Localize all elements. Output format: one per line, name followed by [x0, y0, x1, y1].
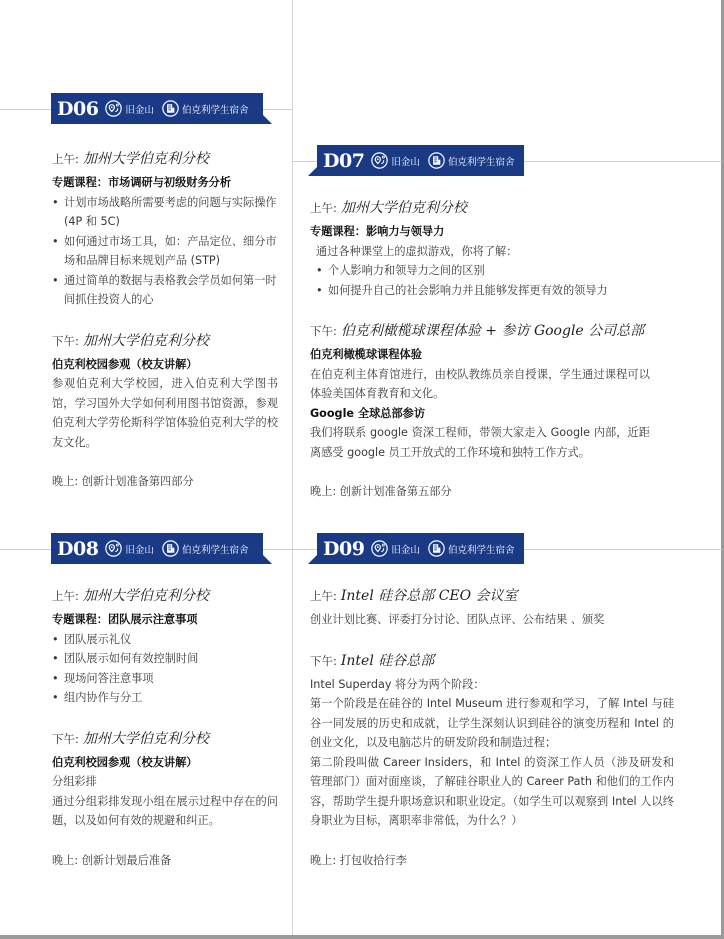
location-label: 旧金山 [125, 102, 154, 116]
afternoon-text: 参观伯克利大学校园，进入伯克利大学图书馆，学习国外大学如何利用图书馆资源，参观伯… [52, 374, 278, 452]
evening-line: 晚上: 创新计划准备第五部分 [310, 482, 650, 502]
lodging-label: 伯克利学生宿舍 [182, 102, 255, 116]
building-icon [428, 152, 445, 169]
morning-title: 上午: Intel 硅谷总部 CEO 会议室 [310, 585, 674, 607]
morning-title: 上午: 加州大学伯克利分校 [310, 197, 650, 219]
column-divider [292, 0, 293, 935]
morning-place: 加州大学伯克利分校 [83, 151, 209, 167]
day-banner-d09: D09 旧金山 伯克利学生宿舍 [317, 533, 524, 564]
afternoon-place: 加州大学伯克利分校 [83, 333, 209, 349]
bullet-item: •计划市场战略所需要考虑的问题与实际操作 (4P 和 5C) [52, 193, 278, 232]
day-d06-content: 上午: 加州大学伯克利分校 专题课程：市场调研与初级财务分析 •计划市场战略所需… [52, 148, 278, 492]
afternoon-text-2: 第二阶段叫做 Career Insiders，和 Intel 的资深工作人员（涉… [310, 753, 674, 831]
bullet-item: •组内协作与分工 [52, 688, 278, 708]
afternoon-place: 伯克利橄榄球课程体验 + 参访 Google 公司总部 [341, 323, 644, 339]
afternoon-title: 下午: 伯克利橄榄球课程体验 + 参访 Google 公司总部 [310, 320, 650, 342]
afternoon-title: 下午: Intel 硅谷总部 [310, 650, 674, 672]
bullet-item: •如何提升自己的社会影响力并且能够发挥更有效的领导力 [310, 281, 650, 301]
morning-place: 加州大学伯克利分校 [83, 588, 209, 604]
afternoon-topic: 伯克利校园参观（校友讲解） [52, 753, 278, 773]
bullet-item: •个人影响力和领导力之间的区别 [310, 261, 650, 281]
morning-intro: 通过各种课堂上的虚拟游戏，你将了解： [310, 242, 650, 262]
afternoon-text-1: 第一个阶段是在硅谷的 Intel Museum 进行参观和学习，了解 Intel… [310, 694, 674, 753]
afternoon-intro: Intel Superday 将分为两个阶段： [310, 675, 674, 695]
page-edge-bottom [0, 935, 724, 939]
afternoon-place: 加州大学伯克利分校 [83, 731, 209, 747]
lodging-label: 伯克利学生宿舍 [448, 154, 521, 168]
bullet-item: •现场问答注意事项 [52, 669, 278, 689]
evening-line: 晚上: 创新计划准备第四部分 [52, 472, 278, 492]
lodging-label: 伯克利学生宿舍 [182, 542, 255, 556]
map-pin-icon [371, 152, 388, 169]
map-pin-icon [105, 100, 122, 117]
building-icon [162, 540, 179, 557]
morning-topic: 专题课程：团队展示注意事项 [52, 610, 278, 630]
day-d07-content: 上午: 加州大学伯克利分校 专题课程：影响力与领导力 通过各种课堂上的虚拟游戏，… [310, 197, 650, 502]
morning-text: 创业计划比赛、评委打分讨论、团队点评、公布结果 、颁奖 [310, 610, 674, 630]
day-code: D07 [323, 150, 364, 172]
lodging-label: 伯克利学生宿舍 [448, 542, 521, 556]
bullet-item: •团队展示如何有效控制时间 [52, 649, 278, 669]
day-d08-content: 上午: 加州大学伯克利分校 专题课程：团队展示注意事项 •团队展示礼仪 •团队展… [52, 585, 278, 870]
day-banner-d08: D08 旧金山 伯克利学生宿舍 [51, 533, 263, 564]
location-label: 旧金山 [125, 542, 154, 556]
building-icon [162, 100, 179, 117]
bullet-item: •通过简单的数据与表格教会学员如何第一时间抓住投资人的心 [52, 271, 278, 310]
location-label: 旧金山 [391, 542, 420, 556]
afternoon-title: 下午: 加州大学伯克利分校 [52, 330, 278, 352]
evening-line: 晚上: 打包收拾行李 [310, 851, 674, 871]
location-label: 旧金山 [391, 154, 420, 168]
morning-topic: 专题课程：影响力与领导力 [310, 222, 650, 242]
day-code: D09 [323, 538, 364, 560]
afternoon-topic: 伯克利校园参观（校友讲解） [52, 355, 278, 375]
day-banner-d07: D07 旧金山 伯克利学生宿舍 [317, 145, 524, 176]
day-code: D06 [57, 98, 98, 120]
building-icon [428, 540, 445, 557]
afternoon-text: 通过分组彩排发现小组在展示过程中存在的问题，以及如何有效的规避和纠正。 [52, 792, 278, 831]
day-code: D08 [57, 538, 98, 560]
morning-title: 上午: 加州大学伯克利分校 [52, 585, 278, 607]
afternoon-title: 下午: 加州大学伯克利分校 [52, 728, 278, 750]
afternoon-topic-1: 伯克利橄榄球课程体验 [310, 345, 650, 365]
evening-line: 晚上: 创新计划最后准备 [52, 851, 278, 871]
morning-title: 上午: 加州大学伯克利分校 [52, 148, 278, 170]
map-pin-icon [371, 540, 388, 557]
day-d09-content: 上午: Intel 硅谷总部 CEO 会议室 创业计划比赛、评委打分讨论、团队点… [310, 585, 674, 870]
bullet-item: •如何通过市场工具，如：产品定位、细分市场和品牌目标来规划产品 (STP) [52, 232, 278, 271]
bullet-item: •团队展示礼仪 [52, 630, 278, 650]
afternoon-topic-2: Google 全球总部参访 [310, 404, 650, 424]
afternoon-text-1: 在伯克利主体育馆进行，由校队教练员亲自授课，学生通过课程可以体验美国体育教育和文… [310, 365, 650, 404]
morning-place: 加州大学伯克利分校 [341, 200, 467, 216]
day-banner-d06: D06 旧金山 伯克利学生宿舍 [51, 93, 263, 124]
morning-topic: 专题课程：市场调研与初级财务分析 [52, 173, 278, 193]
morning-place: Intel 硅谷总部 CEO 会议室 [341, 588, 518, 604]
map-pin-icon [105, 540, 122, 557]
afternoon-text-2: 我们将联系 google 资深工程师，带领大家走入 Google 内部，近距离感… [310, 423, 650, 462]
afternoon-subtitle: 分组彩排 [52, 772, 278, 792]
afternoon-place: Intel 硅谷总部 [341, 653, 434, 669]
